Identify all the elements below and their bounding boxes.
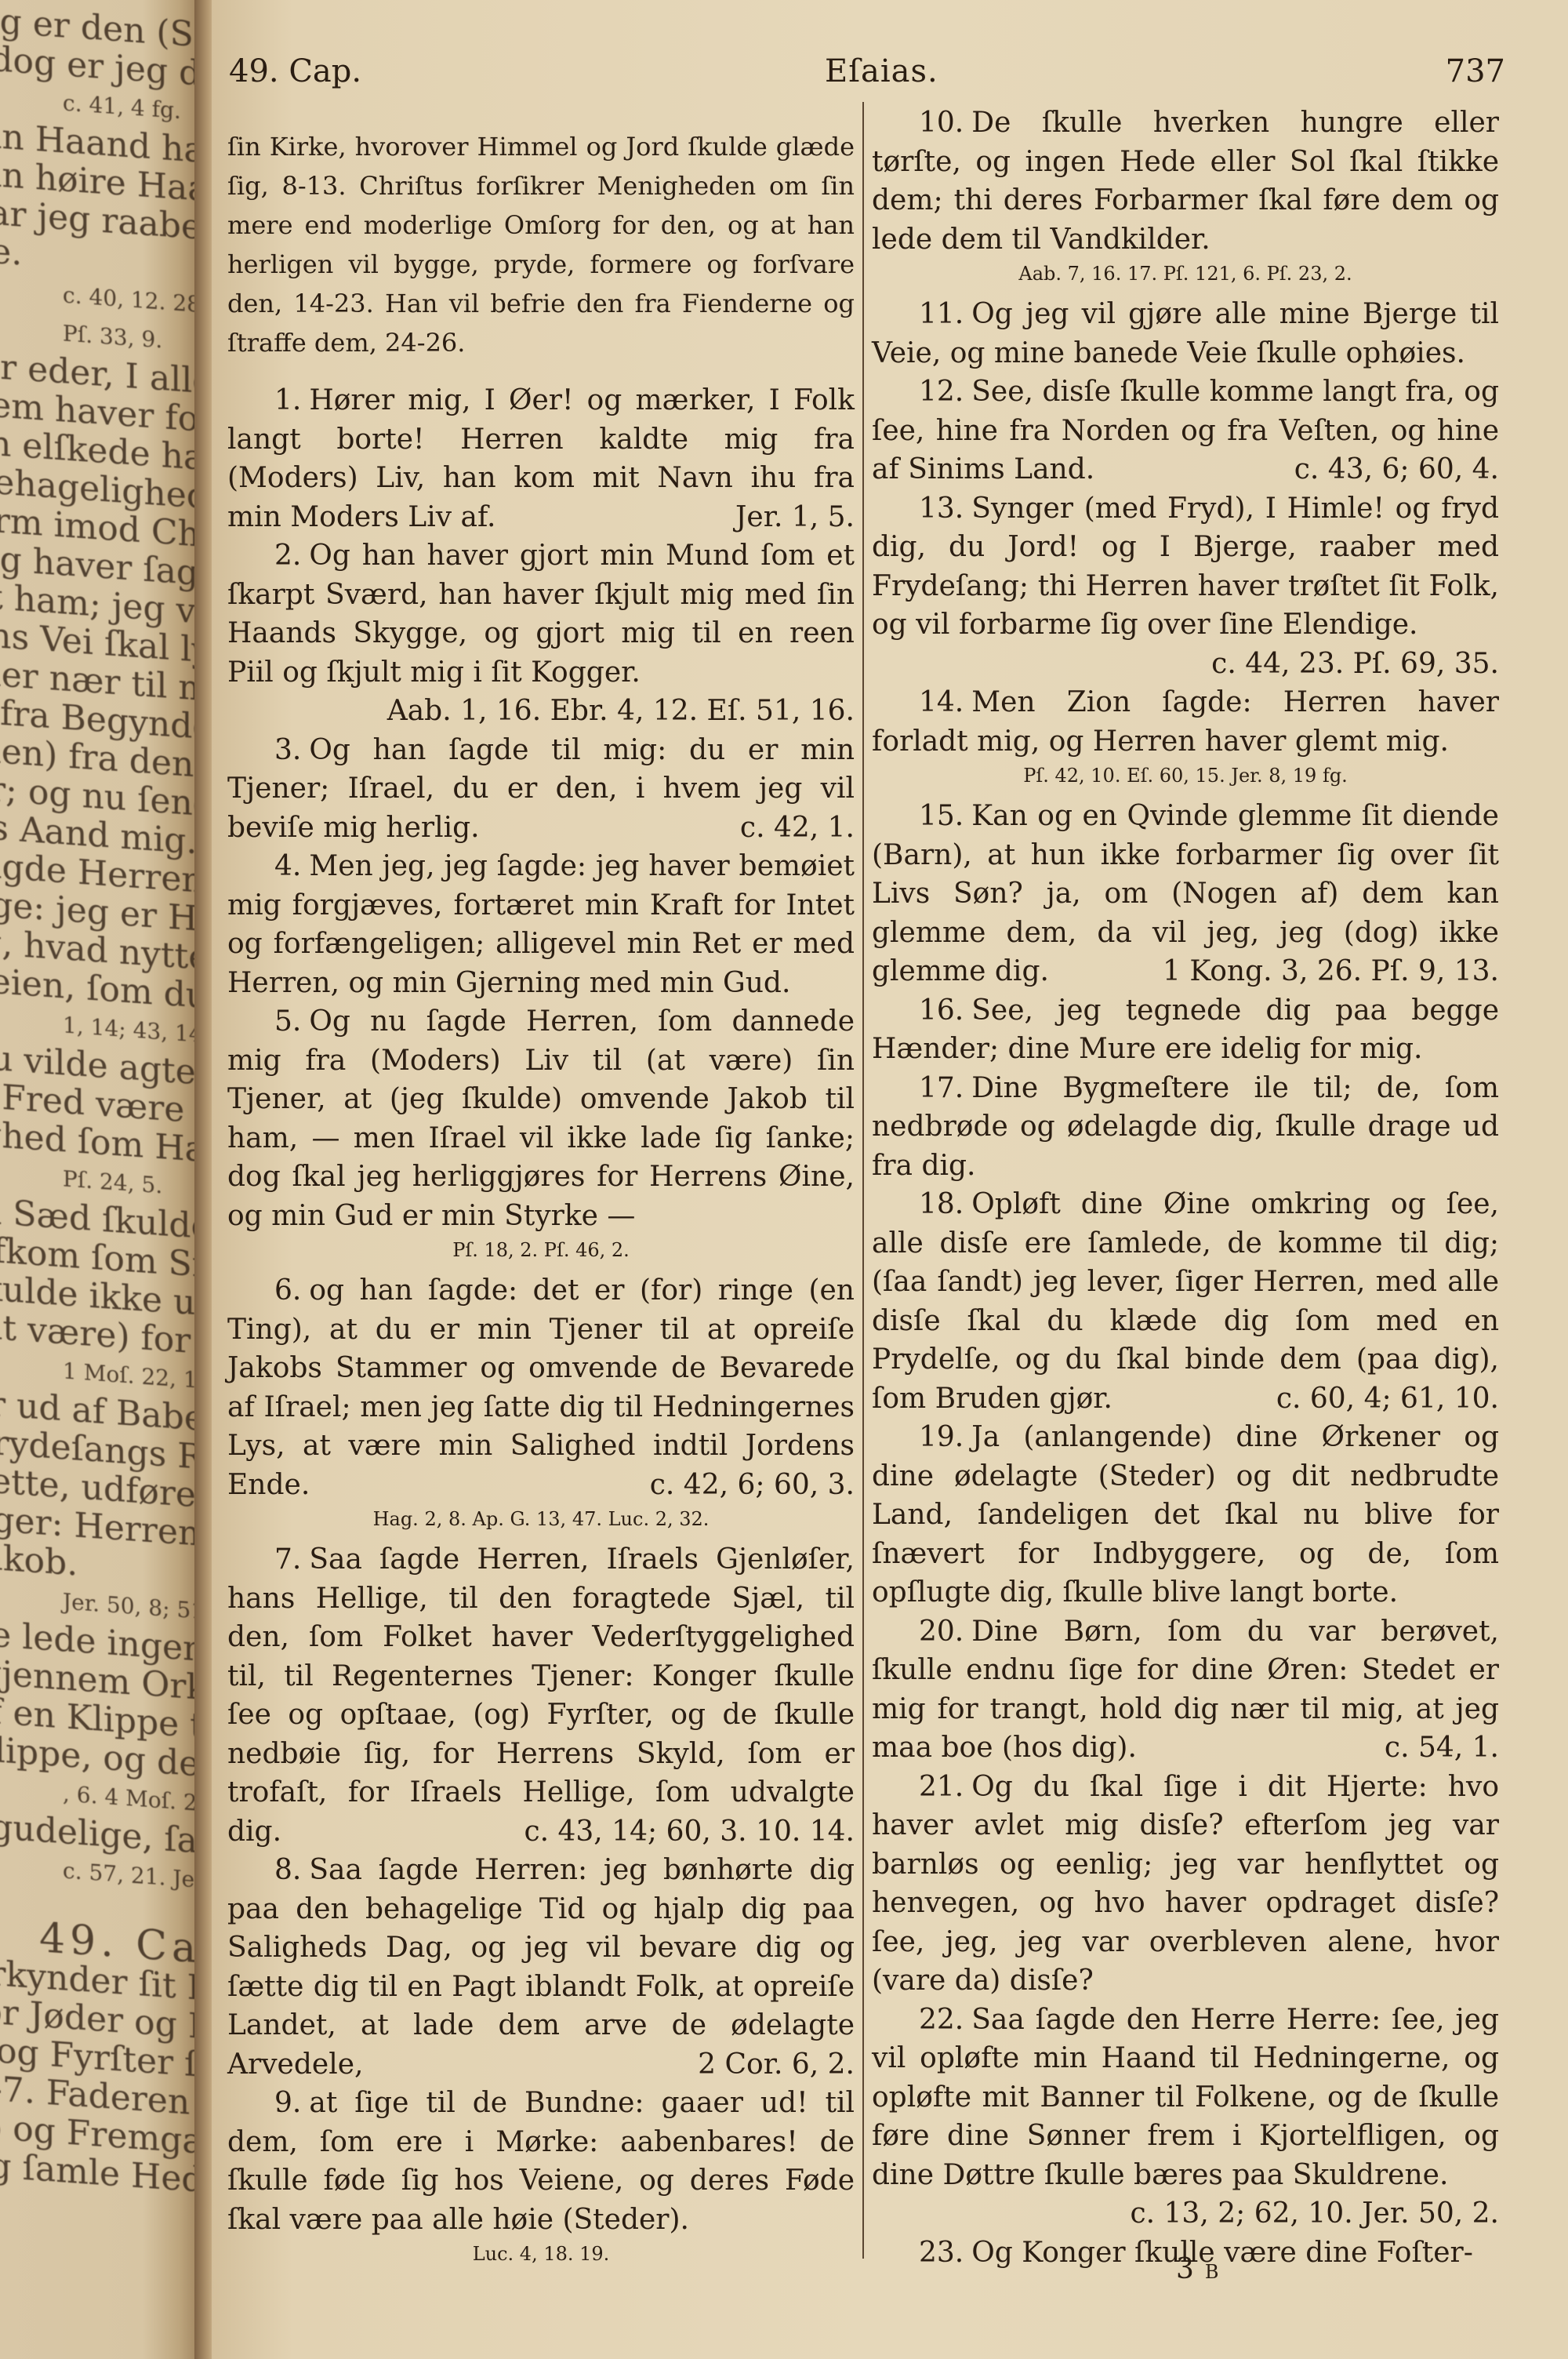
verse-text: Og han haver gjort min Mund ſom et ſkarp…	[227, 540, 855, 689]
book-title: Eſaias.	[825, 53, 938, 89]
verse-number: 23.	[919, 2237, 964, 2269]
verse-text: Saa ſagde den Herre Herre: ſee, jeg vil …	[872, 2004, 1499, 2191]
verse: 16.See, jeg tegnede dig paa begge Hænder…	[872, 991, 1499, 1069]
verse: 18.Opløft dine Øine omkring og ſee, alle…	[872, 1185, 1499, 1418]
verse-number: 21.	[919, 1771, 964, 1803]
signature-number: 3	[1176, 2253, 1194, 2285]
column-left: ſin Kirke, hvorover Himmel og Jord ſkuld…	[227, 102, 855, 2275]
verse-number: 20.	[919, 1616, 964, 1648]
verse-text: Og du ſkal ſige i dit Hjerte: hvo haver …	[872, 1771, 1499, 1997]
verse: 2.Og han haver gjort min Mund ſom et ſka…	[227, 536, 855, 731]
verse-text: De ſkulle hverken hungre eller tørſte, o…	[872, 107, 1499, 256]
verse-text: Men Zion ſagde: Herren haver forladt mig…	[872, 686, 1499, 758]
verse-number: 18.	[919, 1188, 964, 1220]
signature-letter: B	[1205, 2261, 1219, 2283]
verse-text: Og jeg vil gjøre alle mine Bjerge til Ve…	[872, 298, 1499, 369]
cross-reference-line: Aab. 7, 16. 17. Pſ. 121, 6. Pſ. 23, 2.	[872, 260, 1499, 287]
cross-reference-line: Pſ. 18, 2. Pſ. 46, 2.	[227, 1237, 855, 1263]
page-737: 49. Cap. Eſaias. 737 ſin Kirke, hvorover…	[212, 0, 1568, 2359]
cross-reference-line: Hag. 2, 8. Ap. G. 13, 47. Luc. 2, 32.	[227, 1506, 855, 1532]
running-header: 49. Cap. Eſaias. 737	[229, 53, 1530, 100]
cross-reference: c. 42, 6; 60, 3.	[603, 1466, 855, 1505]
verse-number: 6.	[274, 1274, 301, 1307]
cross-reference: Jer. 1, 5.	[688, 498, 855, 537]
verse-text: at ſige til de Bundne: gaaer ud! til dem…	[227, 2087, 855, 2236]
verse-text: Og nu ſagde Herren, ſom dannede mig fra …	[227, 1005, 855, 1232]
verse-number: 7.	[274, 1543, 301, 1576]
verse: 22.Saa ſagde den Herre Herre: ſee, jeg v…	[872, 2001, 1499, 2234]
cross-reference: c. 43, 6; 60, 4.	[1247, 450, 1499, 489]
verse: 8.Saa ſagde Herren: jeg bønhørte dig paa…	[227, 1851, 855, 2084]
verse-number: 12.	[919, 376, 964, 408]
verse: 7.Saa ſagde Herren, Iſraels Gjenløſer, h…	[227, 1540, 855, 1851]
cross-reference: 2 Cor. 6, 2.	[651, 2045, 855, 2085]
verse: 12.See, disſe ſkulle komme langt fra, og…	[872, 373, 1499, 489]
cross-reference-line: Pſ. 42, 10. Eſ. 60, 15. Jer. 8, 19 fg.	[872, 762, 1499, 789]
verse: 4.Men jeg, jeg ſagde: jeg haver bemøiet …	[227, 847, 855, 1002]
verse-text: Saa ſagde Herren, Iſraels Gjenløſer, han…	[227, 1543, 855, 1848]
verse-number: 16.	[919, 994, 964, 1027]
verse-number: 19.	[919, 1421, 964, 1453]
verse: 15.Kan og en Qvinde glemme ſit diende (B…	[872, 797, 1499, 991]
verse-text: Dine Bygmeſtere ile til; de, ſom nedbrød…	[872, 1072, 1499, 1182]
verse: 21.Og du ſkal ſige i dit Hjerte: hvo hav…	[872, 1768, 1499, 2001]
verse-number: 2.	[274, 540, 301, 572]
cross-reference: c. 43, 14; 60, 3. 10. 14.	[477, 1812, 855, 1852]
verse: 3.Og han ſagde til mig: du er min Tjener…	[227, 731, 855, 848]
verse: 1.Hører mig, I Øer! og mærker, I Folk la…	[227, 381, 855, 536]
verse-number: 13.	[919, 493, 964, 525]
column-right: 10.De ſkulle hverken hungre eller tørſte…	[872, 104, 1499, 2272]
verse-number: 1.	[274, 384, 301, 416]
cross-reference: c. 54, 1.	[1338, 1728, 1499, 1768]
verse: 9.at ſige til de Bundne: gaaer ud! til d…	[227, 2084, 855, 2239]
cross-reference-line: Luc. 4, 18. 19.	[227, 2241, 855, 2267]
verse-number: 15.	[919, 800, 964, 832]
verse-number: 8.	[274, 1854, 301, 1886]
verse: 14.Men Zion ſagde: Herren haver forladt …	[872, 683, 1499, 761]
verse: 10.De ſkulle hverken hungre eller tørſte…	[872, 104, 1499, 259]
cross-reference: 1 Kong. 3, 26. Pſ. 9, 13.	[1116, 952, 1499, 991]
column-divider	[862, 102, 864, 2259]
verse-text: Synger (med Fryd), I Himle! og fryd dig,…	[872, 493, 1499, 642]
verse-number: 14.	[919, 686, 964, 718]
verse: 20.Dine Børn, ſom du var berøvet, ſkulle…	[872, 1612, 1499, 1768]
facing-page-left: jeg er den (Samme) ndog er jeg den Sidst…	[0, 0, 204, 2359]
verse: 19.Ja (anlangende) dine Ørkener og dine …	[872, 1418, 1499, 1612]
verse: 6.og han ſagde: det er (for) ringe (en T…	[227, 1271, 855, 1504]
cross-reference: c. 60, 4; 61, 10.	[1229, 1379, 1499, 1419]
cross-reference: c. 42, 1.	[693, 809, 855, 848]
verse-number: 4.	[274, 850, 301, 882]
verse: 17.Dine Bygmeſtere ile til; de, ſom nedb…	[872, 1069, 1499, 1186]
verse-number: 3.	[274, 734, 301, 766]
printer-signature-mark: 3B	[1176, 2253, 1219, 2285]
page-number: 737	[1446, 53, 1505, 89]
verse-number: 17.	[919, 1072, 964, 1104]
verse-number: 22.	[919, 2004, 964, 2036]
chapter-label: 49. Cap.	[229, 53, 361, 89]
cross-reference: Aab. 1, 16. Ebr. 4, 12. Eſ. 51, 16.	[340, 692, 855, 731]
verse-number: 9.	[274, 2087, 301, 2119]
verse: 11.Og jeg vil gjøre alle mine Bjerge til…	[872, 295, 1499, 373]
facing-page-text: jeg er den (Samme) ndog er jeg den Sidst…	[0, 0, 204, 2201]
verse-number: 10.	[919, 107, 964, 139]
cross-reference: c. 44, 23. Pſ. 69, 35.	[1164, 645, 1499, 684]
verse-text: Og Konger ſkulle være dine Foſter-	[971, 2237, 1473, 2269]
verse-text: Ja (anlangende) dine Ørkener og dine øde…	[872, 1421, 1499, 1608]
verse-text: Men jeg, jeg ſagde: jeg haver bemøiet mi…	[227, 850, 855, 999]
chapter-summary: ſin Kirke, hvorover Himmel og Jord ſkuld…	[227, 127, 855, 362]
verse: 13.Synger (med Fryd), I Himle! og fryd d…	[872, 489, 1499, 684]
verse: 5.Og nu ſagde Herren, ſom dannede mig fr…	[227, 1002, 855, 1235]
verse-text: See, jeg tegnede dig paa begge Hænder; d…	[872, 994, 1499, 1066]
cross-reference: c. 13, 2; 62, 10. Jer. 50, 2.	[1083, 2194, 1499, 2234]
verse-number: 11.	[919, 298, 964, 330]
verse-number: 5.	[274, 1005, 301, 1038]
